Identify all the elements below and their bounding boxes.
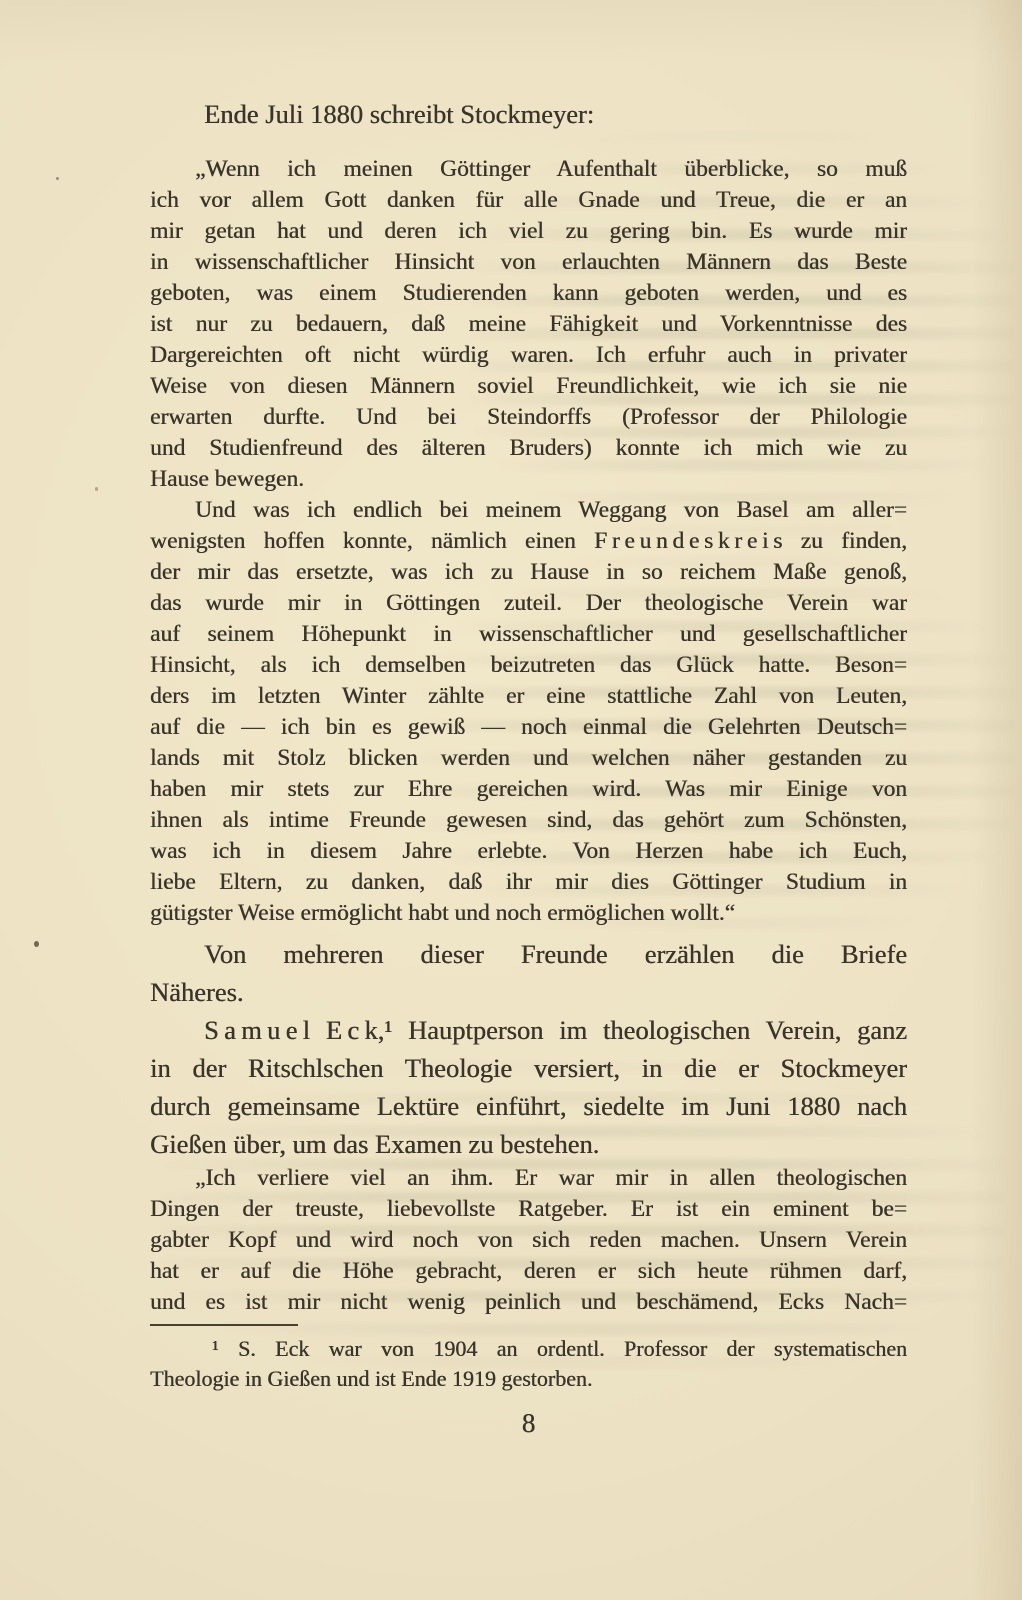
intro-paragraph: Ende Juli 1880 schreibt Stockmeyer: (150, 95, 907, 133)
text-line: Dingen der treuste, liebevollste Ratgebe… (150, 1194, 907, 1225)
text-line: und es ist mir nicht wenig peinlich und … (150, 1287, 907, 1318)
text-line: ich vor allem Gott danken für alle Gnade… (150, 185, 907, 216)
text-line: auf die — ich bin es gewiß — noch einmal… (150, 712, 907, 743)
footnote: ¹ S. Eck war von 1904 an ordentl. Profes… (150, 1334, 907, 1394)
text-line: ihnen als intime Freunde gewesen sind, d… (150, 805, 907, 836)
text-line: S a m u e l E c k,¹ Hauptperson im theol… (150, 1011, 907, 1049)
text-line: erwarten durfte. Und bei Steindorffs (Pr… (150, 402, 907, 433)
text-line: Hause bewegen. (150, 464, 907, 495)
letter-quote-goettingen-part1: „Wenn ich meinen Göttinger Aufenthalt üb… (150, 154, 907, 495)
text-line: hat er auf die Höhe gebracht, deren er s… (150, 1256, 907, 1287)
text-line: in wissenschaftlicher Hinsicht von erlau… (150, 247, 907, 278)
text-line: wenigsten hoffen konnte, nämlich einen F… (150, 526, 907, 557)
text-line: lands mit Stolz blicken werden und welch… (150, 743, 907, 774)
letter-quote-goettingen-part2: Und was ich endlich bei meinem Weggang v… (150, 495, 907, 929)
text-line: was ich in diesem Jahre erlebte. Von Her… (150, 836, 907, 867)
text-line: Theologie in Gießen und ist Ende 1919 ge… (150, 1364, 907, 1394)
scanned-book-page: Ende Juli 1880 schreibt Stockmeyer: „Wen… (0, 0, 1022, 1600)
text-line: gabter Kopf und wird noch von sich reden… (150, 1225, 907, 1256)
letter-quote-eck: „Ich verliere viel an ihm. Er war mir in… (150, 1163, 907, 1318)
text-line: Und was ich endlich bei meinem Weggang v… (150, 495, 907, 526)
paragraph-briefe: Von mehreren dieser Freunde erzählen die… (150, 935, 907, 1011)
text-line: ¹ S. Eck war von 1904 an ordentl. Profes… (150, 1334, 907, 1364)
text-line: auf seinem Höhepunkt in wissenschaftlich… (150, 619, 907, 650)
text-line: das wurde mir in Göttingen zuteil. Der t… (150, 588, 907, 619)
paper-speck (34, 941, 39, 947)
text-line: Ende Juli 1880 schreibt Stockmeyer: (150, 95, 907, 133)
text-line: in der Ritschlschen Theologie versiert, … (150, 1049, 907, 1087)
page-number: 8 (150, 1406, 907, 1440)
text-line: haben mir stets zur Ehre gereichen wird.… (150, 774, 907, 805)
footnote-rule (150, 1324, 298, 1326)
text-line: „Wenn ich meinen Göttinger Aufenthalt üb… (150, 154, 907, 185)
text-line: liebe Eltern, zu danken, daß ihr mir die… (150, 867, 907, 898)
paragraph-samuel-eck: S a m u e l E c k,¹ Hauptperson im theol… (150, 1011, 907, 1163)
text-line: „Ich verliere viel an ihm. Er war mir in… (150, 1163, 907, 1194)
text-line: Näheres. (150, 973, 907, 1011)
text-line: der mir das ersetzte, was ich zu Hause i… (150, 557, 907, 588)
text-line: geboten, was einem Studierenden kann geb… (150, 278, 907, 309)
text-line: ders im letzten Winter zählte er eine st… (150, 681, 907, 712)
text-line: Gießen über, um das Examen zu bestehen. (150, 1125, 907, 1163)
text-line: Von mehreren dieser Freunde erzählen die… (150, 935, 907, 973)
text-line: und Studienfreund des älteren Bruders) k… (150, 433, 907, 464)
text-line: Weise von diesen Männern soviel Freundli… (150, 371, 907, 402)
text-line: ist nur zu bedauern, daß meine Fähigkeit… (150, 309, 907, 340)
text-line: mir getan hat und deren ich viel zu geri… (150, 216, 907, 247)
text-line: Dargereichten oft nicht würdig waren. Ic… (150, 340, 907, 371)
text-line: gütigster Weise ermöglicht habt und noch… (150, 898, 907, 929)
text-line: Hinsicht, als ich demselben beizutreten … (150, 650, 907, 681)
paper-speck (56, 177, 59, 180)
paper-speck (95, 487, 98, 491)
text-column: Ende Juli 1880 schreibt Stockmeyer: „Wen… (150, 0, 907, 1440)
text-line: durch gemeinsame Lektüre einführt, siede… (150, 1087, 907, 1125)
